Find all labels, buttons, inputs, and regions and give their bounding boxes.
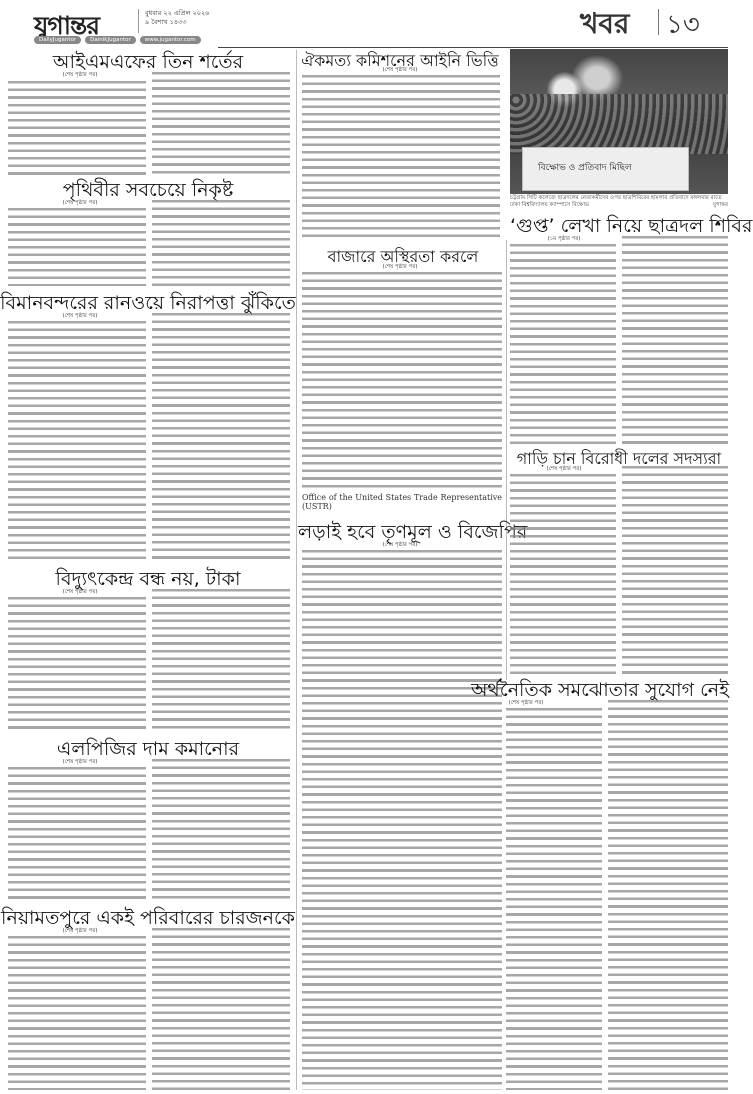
article-body (8, 208, 146, 286)
jump-label: (শেষ পৃষ্ঠার পর) (452, 700, 600, 708)
article-body (8, 321, 146, 564)
article-body (302, 550, 502, 1090)
photo-caption: চট্টগ্রাম সিটি কলেজে ছাত্রদলের নেতাকর্মী… (510, 195, 728, 209)
article-body (152, 200, 290, 286)
website-link[interactable]: www.jugantor.com (140, 36, 201, 44)
photo-credit: যুগান্তর (713, 202, 728, 209)
jump-label: (শেষ পৃষ্ঠার পর) (510, 466, 618, 474)
jump-label: (শেষ পৃষ্ঠার পর) (300, 264, 500, 272)
article-body (510, 244, 616, 444)
twitter-link[interactable]: DainikJugantor (85, 36, 136, 44)
article-body (8, 767, 146, 903)
article-body (622, 466, 728, 674)
jump-label: (শেষ পৃষ্ঠার পর) (10, 928, 150, 936)
column-rule (506, 240, 507, 680)
jump-label: (শেষ পৃষ্ঠার পর) (10, 200, 150, 208)
article-body (622, 236, 728, 444)
section-divider (658, 9, 659, 35)
article-body (506, 708, 602, 1090)
photo-banner-text: বিক্ষোভ ও প্রতিবাদ মিছিল (538, 160, 632, 175)
article-body (8, 597, 146, 731)
section-title: খবর (580, 2, 629, 49)
article-body (302, 272, 502, 492)
inline-english-text: Office of the United States Trade Repres… (302, 493, 502, 517)
news-photo: বিক্ষোভ ও প্রতিবাদ মিছিল (510, 49, 728, 194)
article-body (8, 81, 146, 175)
column-rule (296, 50, 297, 1090)
jump-label: (শেষ পৃষ্ঠার পর) (10, 72, 150, 80)
jump-label: (শেষ পৃষ্ঠার পর) (300, 542, 500, 550)
jump-label: (১ম পৃষ্ঠার পর) (510, 236, 618, 244)
date-gregorian: বুধবার ২২ এপ্রিল ২০২৬ (145, 9, 209, 18)
article-body (152, 759, 290, 903)
masthead-divider (138, 9, 139, 33)
page-number: ১৩ (666, 4, 700, 48)
jump-label: (শেষ পৃষ্ঠার পর) (300, 67, 500, 75)
article-body (152, 928, 290, 1090)
jump-label: (শেষ পৃষ্ঠার পর) (10, 589, 150, 597)
article-body (8, 936, 146, 1090)
article-body (152, 313, 290, 564)
masthead-date: বুধবার ২২ এপ্রিল ২০২৬ ৯ বৈশাখ ১৪৩৩ (145, 9, 209, 27)
article-body (510, 474, 616, 674)
article-body (152, 589, 290, 731)
article-body (608, 700, 728, 1090)
jump-label: (শেষ পৃষ্ঠার পর) (10, 313, 150, 321)
article-body (152, 72, 290, 175)
date-bengali: ৯ বৈশাখ ১৪৩৩ (145, 18, 209, 27)
social-links: DailyJugantor DainikJugantor www.juganto… (34, 36, 201, 44)
facebook-link[interactable]: DailyJugantor (34, 36, 81, 44)
jump-label: (শেষ পৃষ্ঠার পর) (10, 759, 150, 767)
article-body (302, 75, 500, 242)
